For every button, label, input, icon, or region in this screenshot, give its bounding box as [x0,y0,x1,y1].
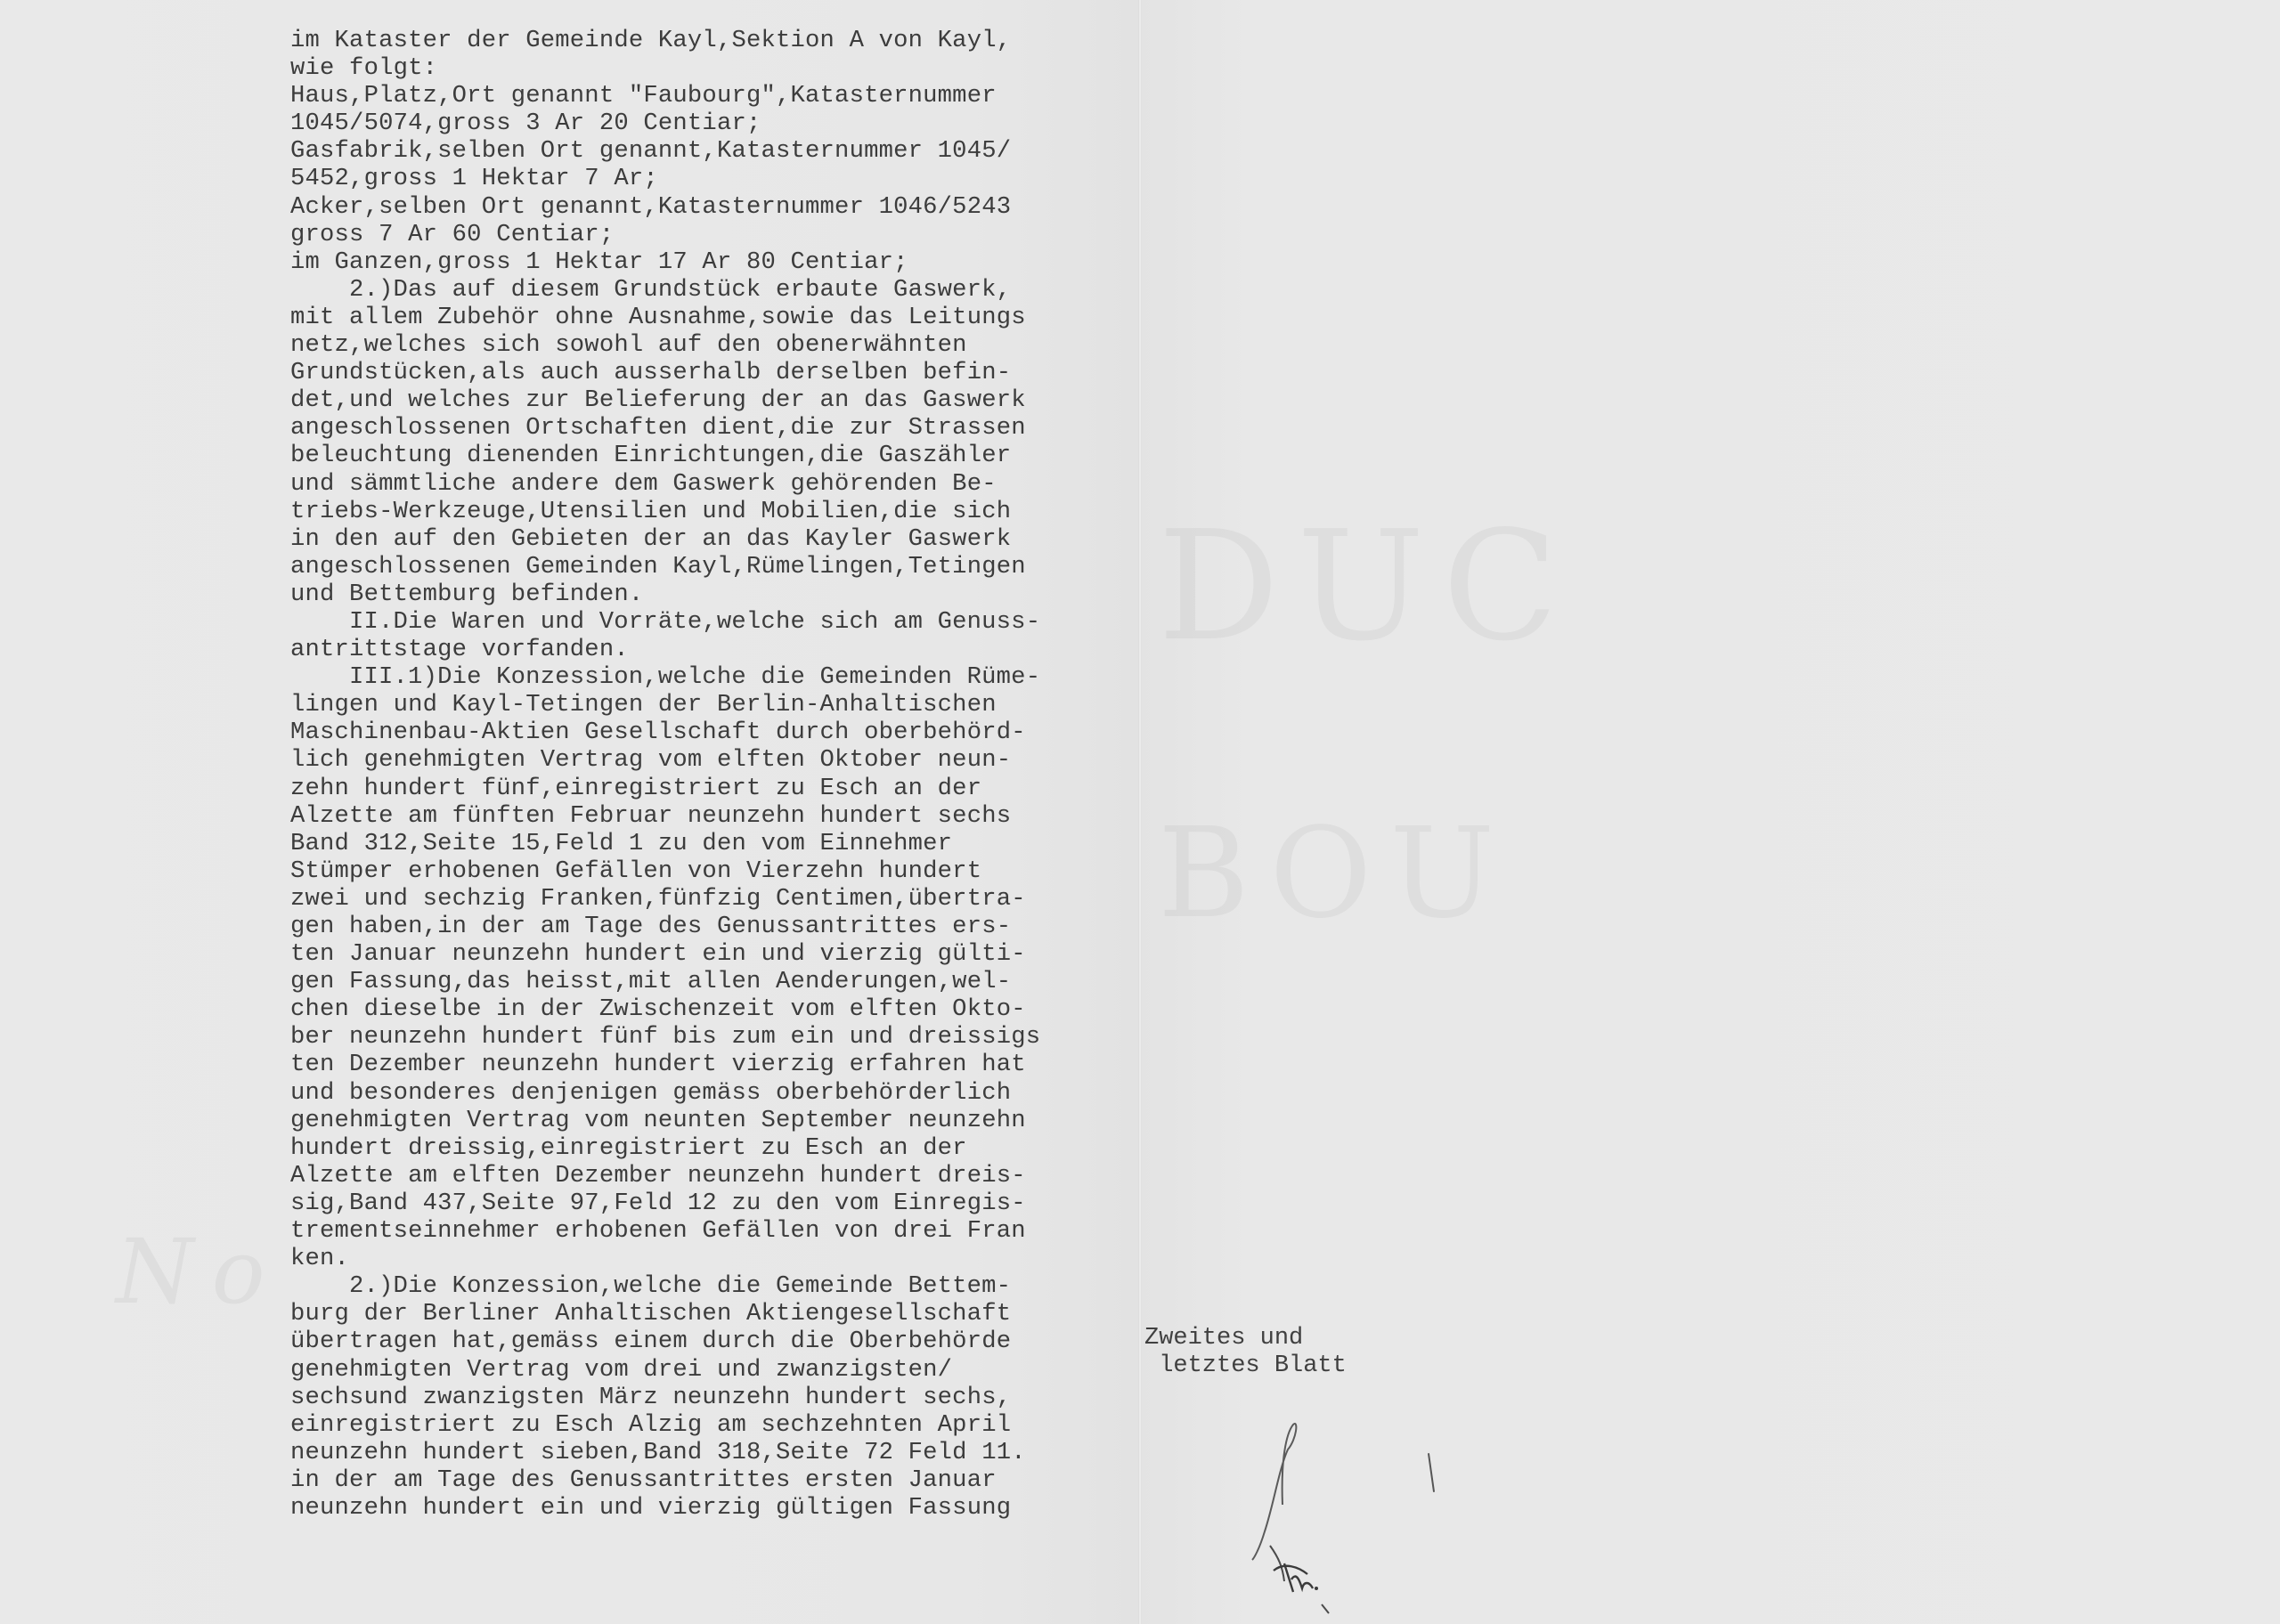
text-line: 2.)Die Konzession,welche die Gemeinde Be… [290,1272,1040,1300]
text-line: ken. [290,1245,1040,1272]
text-line: burg der Berliner Anhaltischen Aktienges… [290,1300,1040,1328]
text-line: genehmigten Vertrag vom drei und zwanzig… [290,1356,1040,1384]
text-line: Alzette am fünften Februar neunzehn hund… [290,802,1040,830]
text-line: in den auf den Gebieten der an das Kayle… [290,525,1040,553]
margin-note-line-2: letztes Blatt [1144,1352,1347,1379]
text-line: sechsund zwanzigsten März neunzehn hunde… [290,1384,1040,1411]
page-fold [1138,0,1142,1624]
margin-note: Zweites und letztes Blatt [1144,1325,1347,1380]
text-line: im Kataster der Gemeinde Kayl,Sektion A … [290,27,1040,54]
text-line: 2.)Das auf diesem Grundstück erbaute Gas… [290,276,1040,304]
text-line: übertragen hat,gemäss einem durch die Ob… [290,1328,1040,1355]
text-line: gross 7 Ar 60 Centiar; [290,221,1040,248]
text-line: einregistriert zu Esch Alzig am sechzehn… [290,1411,1040,1439]
right-page: das heisst mit allen Aenderungen,welche … [1140,0,2280,1624]
text-line: Haus,Platz,Ort genannt "Faubourg",Katast… [290,82,1040,110]
text-line: Acker,selben Ort genannt,Katasternummer … [290,193,1040,221]
text-line: ten Dezember neunzehn hundert vierzig er… [290,1051,1040,1078]
text-line: netz,welches sich sowohl auf den obenerw… [290,331,1040,359]
text-line: antrittstage vorfanden. [290,636,1040,663]
text-line: Maschinenbau-Aktien Gesellschaft durch o… [290,719,1040,746]
text-line: ber neunzehn hundert fünf bis zum ein un… [290,1023,1040,1051]
text-line: lingen und Kayl-Tetingen der Berlin-Anha… [290,691,1040,719]
text-line: mit allem Zubehör ohne Ausnahme,sowie da… [290,304,1040,331]
text-line: 1045/5074,gross 3 Ar 20 Centiar; [290,110,1040,137]
text-line: und Bettemburg befinden. [290,581,1040,608]
text-line: gen haben,in der am Tage des Genussantri… [290,913,1040,940]
text-line: neunzehn hundert sieben,Band 318,Seite 7… [290,1439,1040,1466]
text-line: beleuchtung dienenden Einrichtungen,die … [290,442,1040,469]
text-line: Grundstücken,als auch ausserhalb derselb… [290,359,1040,386]
text-line: trementseinnehmer erhobenen Gefällen von… [290,1217,1040,1245]
text-line: det,und welches zur Belieferung der an d… [290,386,1040,414]
text-line: Gasfabrik,selben Ort genannt,Katasternum… [290,137,1040,165]
text-line: angeschlossenen Ortschaften dient,die zu… [290,414,1040,442]
text-line: gen Fassung,das heisst,mit allen Aenderu… [290,968,1040,995]
text-line: zehn hundert fünf,einregistriert zu Esch… [290,775,1040,802]
text-line: angeschlossenen Gemeinden Kayl,Rümelinge… [290,553,1040,581]
handwritten-signature-icon [1229,1407,1354,1620]
left-page: No im Kataster der Gemeinde Kayl,Sektion… [0,0,1140,1624]
text-line: Stümper erhobenen Gefällen von Vierzehn … [290,857,1040,885]
embossed-watermark-left: No [116,1220,283,1324]
text-line: hundert dreissig,einregistriert zu Esch … [290,1134,1040,1162]
text-line: 5452,gross 1 Hektar 7 Ar; [290,165,1040,192]
text-line: neunzehn hundert ein und vierzig gültige… [290,1494,1040,1522]
text-line: sig,Band 437,Seite 97,Feld 12 zu den vom… [290,1190,1040,1217]
text-line: triebs-Werkzeuge,Utensilien und Mobilien… [290,498,1040,525]
text-line: lich genehmigten Vertrag vom elften Okto… [290,746,1040,774]
text-line: genehmigten Vertrag vom neunten Septembe… [290,1107,1040,1134]
text-line: wie folgt: [290,54,1040,82]
text-line: zwei und sechzig Franken,fünfzig Centime… [290,885,1040,913]
text-line: II.Die Waren und Vorräte,welche sich am … [290,608,1040,636]
text-line: und sämmtliche andere dem Gaswerk gehöre… [290,470,1040,498]
text-line: im Ganzen,gross 1 Hektar 17 Ar 80 Centia… [290,248,1040,276]
text-line: ten Januar neunzehn hundert ein und vier… [290,940,1040,968]
text-line: III.1)Die Konzession,welche die Gemeinde… [290,663,1040,691]
text-line: Band 312,Seite 15,Feld 1 zu den vom Einn… [290,830,1040,857]
text-line: in der am Tage des Genussantrittes erste… [290,1466,1040,1494]
left-page-text: im Kataster der Gemeinde Kayl,Sektion A … [290,27,1040,1522]
margin-note-line-1: Zweites und [1144,1325,1303,1352]
text-line: chen dieselbe in der Zwischenzeit vom el… [290,995,1040,1023]
text-line: und besonderes denjenigen gemäss oberbeh… [290,1079,1040,1107]
text-line: Alzette am elften Dezember neunzehn hund… [290,1162,1040,1190]
